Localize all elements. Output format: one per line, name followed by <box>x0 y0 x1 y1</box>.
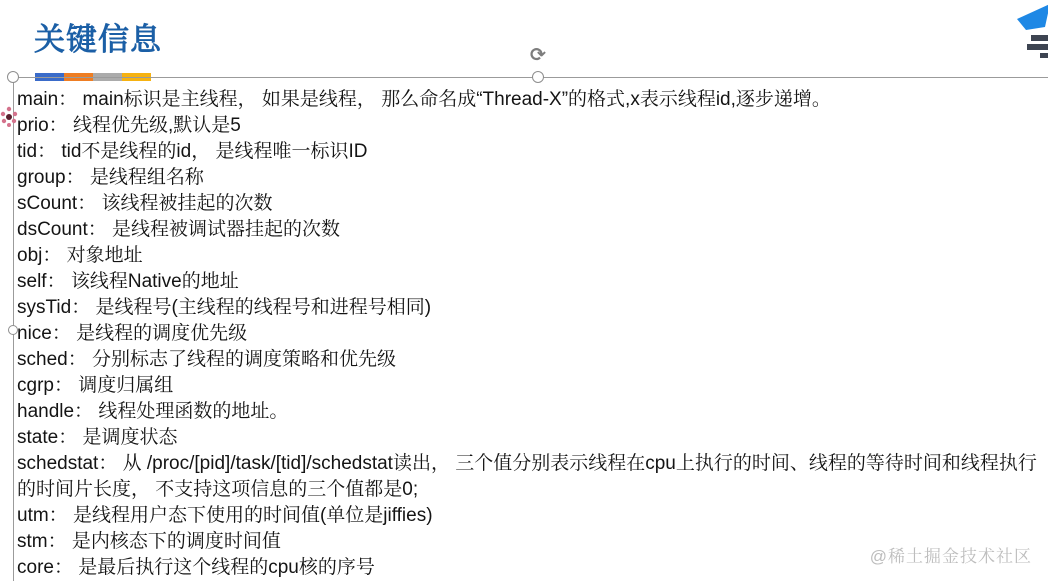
textbox-border-top <box>13 77 1048 78</box>
text-line: utm： 是线程用户态下使用的时间值(单位是jiffies) <box>17 503 1043 529</box>
text-line: handle： 线程处理函数的地址。 <box>17 399 1043 425</box>
text-line: nice： 是线程的调度优先级 <box>17 321 1043 347</box>
text-line: tid： tid不是线程的id， 是线程唯一标识ID <box>17 139 1043 165</box>
text-line: group： 是线程组名称 <box>17 165 1043 191</box>
watermark: @稀土掘金技术社区 <box>870 542 1032 567</box>
text-line: sysTid： 是线程号(主线程的线程号和进程号相同) <box>17 295 1043 321</box>
sparkle-cursor-icon <box>0 106 20 128</box>
slide-canvas: 关键信息 ⟳ main： main标识是主线程， 如果是线程， 那么命名成“Th… <box>0 0 1048 581</box>
text-line: dsCount： 是线程被调试器挂起的次数 <box>17 217 1043 243</box>
text-line: prio： 线程优先级,默认是5 <box>17 113 1043 139</box>
text-line: obj： 对象地址 <box>17 243 1043 269</box>
rotate-handle-icon[interactable]: ⟳ <box>528 45 548 67</box>
text-line: cgrp： 调度归属组 <box>17 373 1043 399</box>
juejin-logo-icon <box>1012 3 1048 61</box>
text-line: sCount： 该线程被挂起的次数 <box>17 191 1043 217</box>
text-line: state： 是调度状态 <box>17 425 1043 451</box>
page-title[interactable]: 关键信息 <box>34 20 162 60</box>
resize-handle-top-left[interactable] <box>7 71 19 83</box>
text-line: self： 该线程Native的地址 <box>17 269 1043 295</box>
text-line: sched： 分别标志了线程的调度策略和优先级 <box>17 347 1043 373</box>
text-line: main： main标识是主线程， 如果是线程， 那么命名成“Thread-X”… <box>17 87 1043 113</box>
textbox-lines[interactable]: main： main标识是主线程， 如果是线程， 那么命名成“Thread-X”… <box>17 87 1043 581</box>
resize-handle-top-center[interactable] <box>532 71 544 83</box>
text-line: schedstat： 从 /proc/[pid]/task/[tid]/sche… <box>17 451 1043 503</box>
